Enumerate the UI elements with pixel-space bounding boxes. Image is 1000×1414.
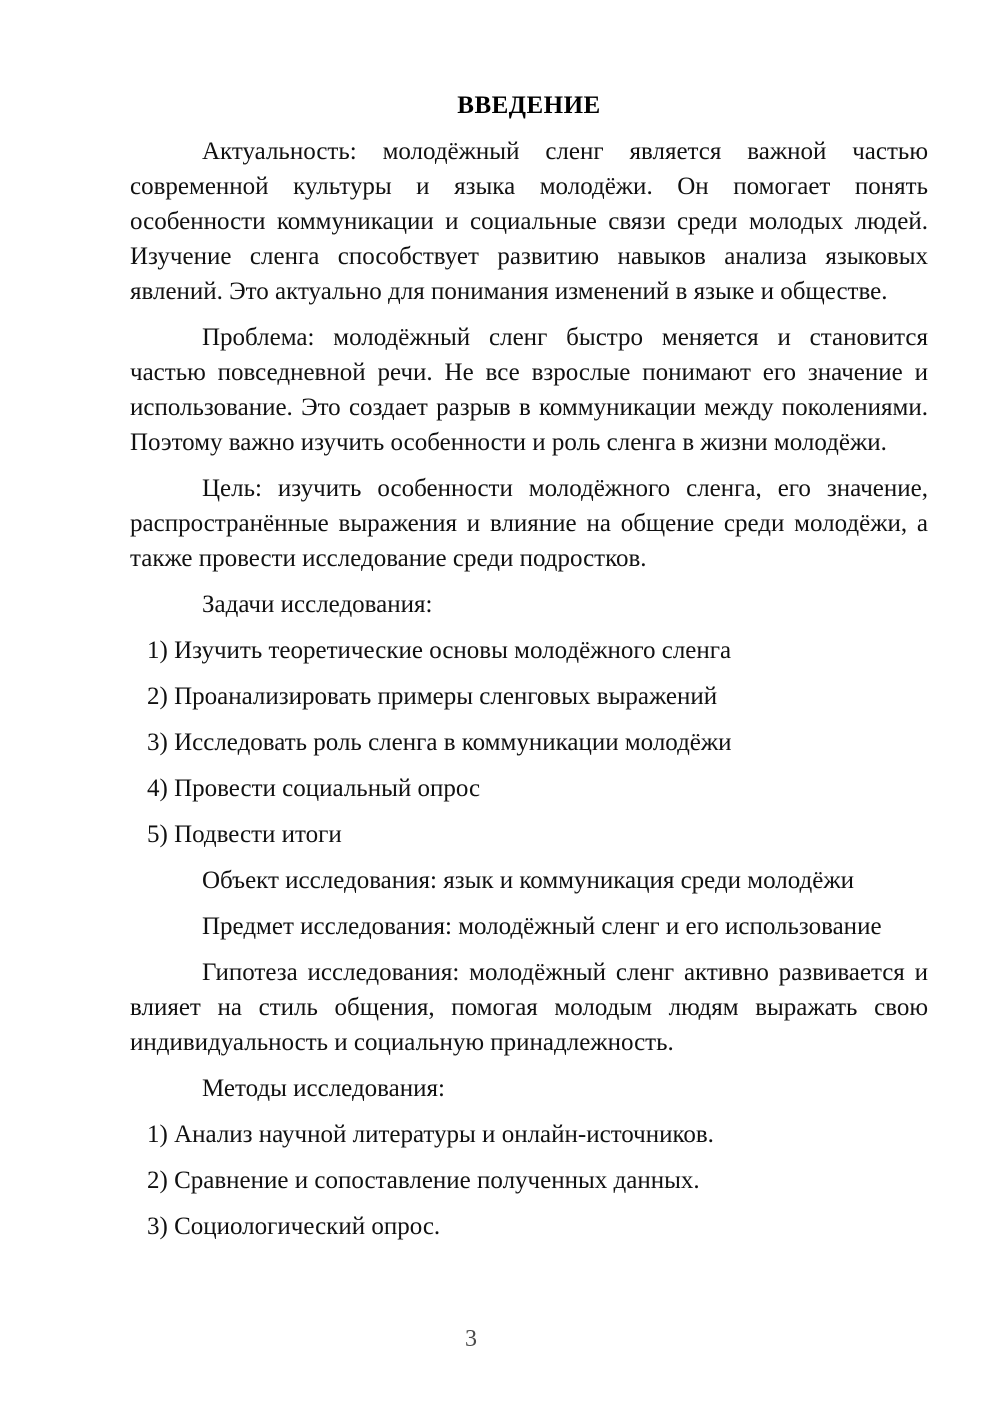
task-item-5: 5) Подвести итоги [147, 817, 928, 852]
paragraph-object: Объект исследования: язык и коммуникация… [130, 863, 928, 898]
paragraph-relevance: Актуальность: молодёжный сленг является … [130, 134, 928, 309]
page-title: ВВЕДЕНИЕ [130, 88, 928, 123]
paragraph-problem: Проблема: молодёжный сленг быстро меняет… [130, 320, 928, 460]
paragraph-hypothesis: Гипотеза исследования: молодёжный сленг … [130, 955, 928, 1060]
task-item-2: 2) Проанализировать примеры сленговых вы… [147, 679, 928, 714]
paragraph-subject: Предмет исследования: молодёжный сленг и… [130, 909, 928, 944]
task-item-1: 1) Изучить теоретические основы молодёжн… [147, 633, 928, 668]
heading-methods: Методы исследования: [130, 1071, 928, 1106]
method-item-2: 2) Сравнение и сопоставление полученных … [147, 1163, 928, 1198]
page-number: 3 [0, 1322, 942, 1357]
task-item-4: 4) Провести социальный опрос [147, 771, 928, 806]
heading-tasks: Задачи исследования: [130, 587, 928, 622]
document-page: ВВЕДЕНИЕ Актуальность: молодёжный сленг … [0, 0, 1000, 1414]
method-item-3: 3) Социологический опрос. [147, 1209, 928, 1244]
method-item-1: 1) Анализ научной литературы и онлайн-ис… [147, 1117, 928, 1152]
task-item-3: 3) Исследовать роль сленга в коммуникаци… [147, 725, 928, 760]
paragraph-goal: Цель: изучить особенности молодёжного сл… [130, 471, 928, 576]
